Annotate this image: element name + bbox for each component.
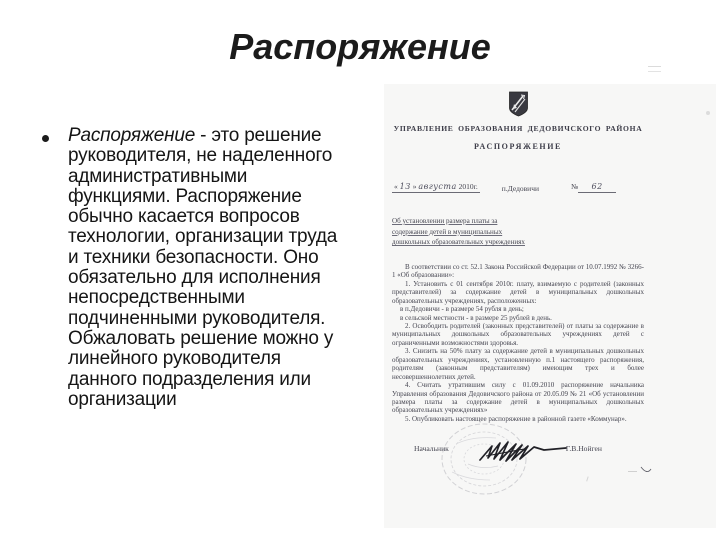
org-name: УПРАВЛЕНИЕ ОБРАЗОВАНИЯ ДЕДОВИЧСКОГО РАЙО… <box>392 124 644 133</box>
subject-line: Об установлении размера платы за <box>392 216 562 227</box>
doc-year: 2010г. <box>459 182 478 191</box>
body-paragraph: 3. Снизить на 50% плату за содержание де… <box>392 347 644 381</box>
close-quote: » <box>413 182 417 191</box>
signer-position: Начальник <box>414 444 449 453</box>
coat-of-arms-icon <box>508 91 529 117</box>
body-paragraph: в сельской местности - в размере 25 рубл… <box>392 314 644 322</box>
signer-name: Г.В.Нойген <box>566 444 602 453</box>
doc-place: п.Дедовичи <box>502 184 539 193</box>
document-content: УПРАВЛЕНИЕ ОБРАЗОВАНИЯ ДЕДОВИЧСКОГО РАЙО… <box>392 84 644 453</box>
body-paragraph: 4. Считать утратившим силу с 01.09.2010 … <box>392 381 644 415</box>
date-line: « 13 » августа 2010г. п.Дедовичи №62 <box>392 182 644 193</box>
handwritten-month: августа <box>418 182 456 191</box>
subject-block: Об установлении размера платы за содержа… <box>392 216 562 248</box>
bullet-item: Распоряжение - это решение руководителя,… <box>40 126 350 410</box>
doc-number: №62 <box>571 182 616 193</box>
body-paragraph: в п.Дедовичи - в размере 54 рубля в день… <box>392 305 644 313</box>
subject-line: дошкольных образовательных учреждениях <box>392 237 562 248</box>
scan-artifact <box>628 468 637 472</box>
number-label: № <box>571 182 578 191</box>
doc-type-heading: РАСПОРЯЖЕНИЕ <box>392 142 644 151</box>
handwritten-day: 13 <box>400 182 411 191</box>
presentation-slide: Распоряжение Распоряжение - это решение … <box>0 0 720 540</box>
document-body: В соответствии со ст. 52.1 Закона Россий… <box>392 263 644 424</box>
bullet-definition: - это решение руководителя, не наделенно… <box>68 125 337 410</box>
body-paragraph: 1. Установить с 01 сентября 2010г. плату… <box>392 280 644 305</box>
signature-scribble <box>478 436 570 466</box>
body-paragraph: В соответствии со ст. 52.1 Закона Россий… <box>392 263 644 280</box>
bullet-icon <box>42 135 49 142</box>
handwritten-number: 62 <box>578 182 616 193</box>
scan-artifact <box>706 111 710 115</box>
bullet-lead-term: Распоряжение <box>68 125 195 146</box>
slide-title: Распоряжение <box>0 24 720 70</box>
subject-line: содержание детей в муниципальных <box>392 227 562 238</box>
bullet-text: Распоряжение - это решение руководителя,… <box>68 126 350 410</box>
body-paragraph: 2. Освободить родителей (законных предст… <box>392 322 644 347</box>
pen-flourish <box>639 465 653 477</box>
document-scan: УПРАВЛЕНИЕ ОБРАЗОВАНИЯ ДЕДОВИЧСКОГО РАЙО… <box>384 84 716 528</box>
doc-date: « 13 » августа 2010г. <box>392 182 480 193</box>
scan-artifact <box>583 476 588 482</box>
open-quote: « <box>394 182 398 191</box>
scan-artifact <box>648 66 661 72</box>
